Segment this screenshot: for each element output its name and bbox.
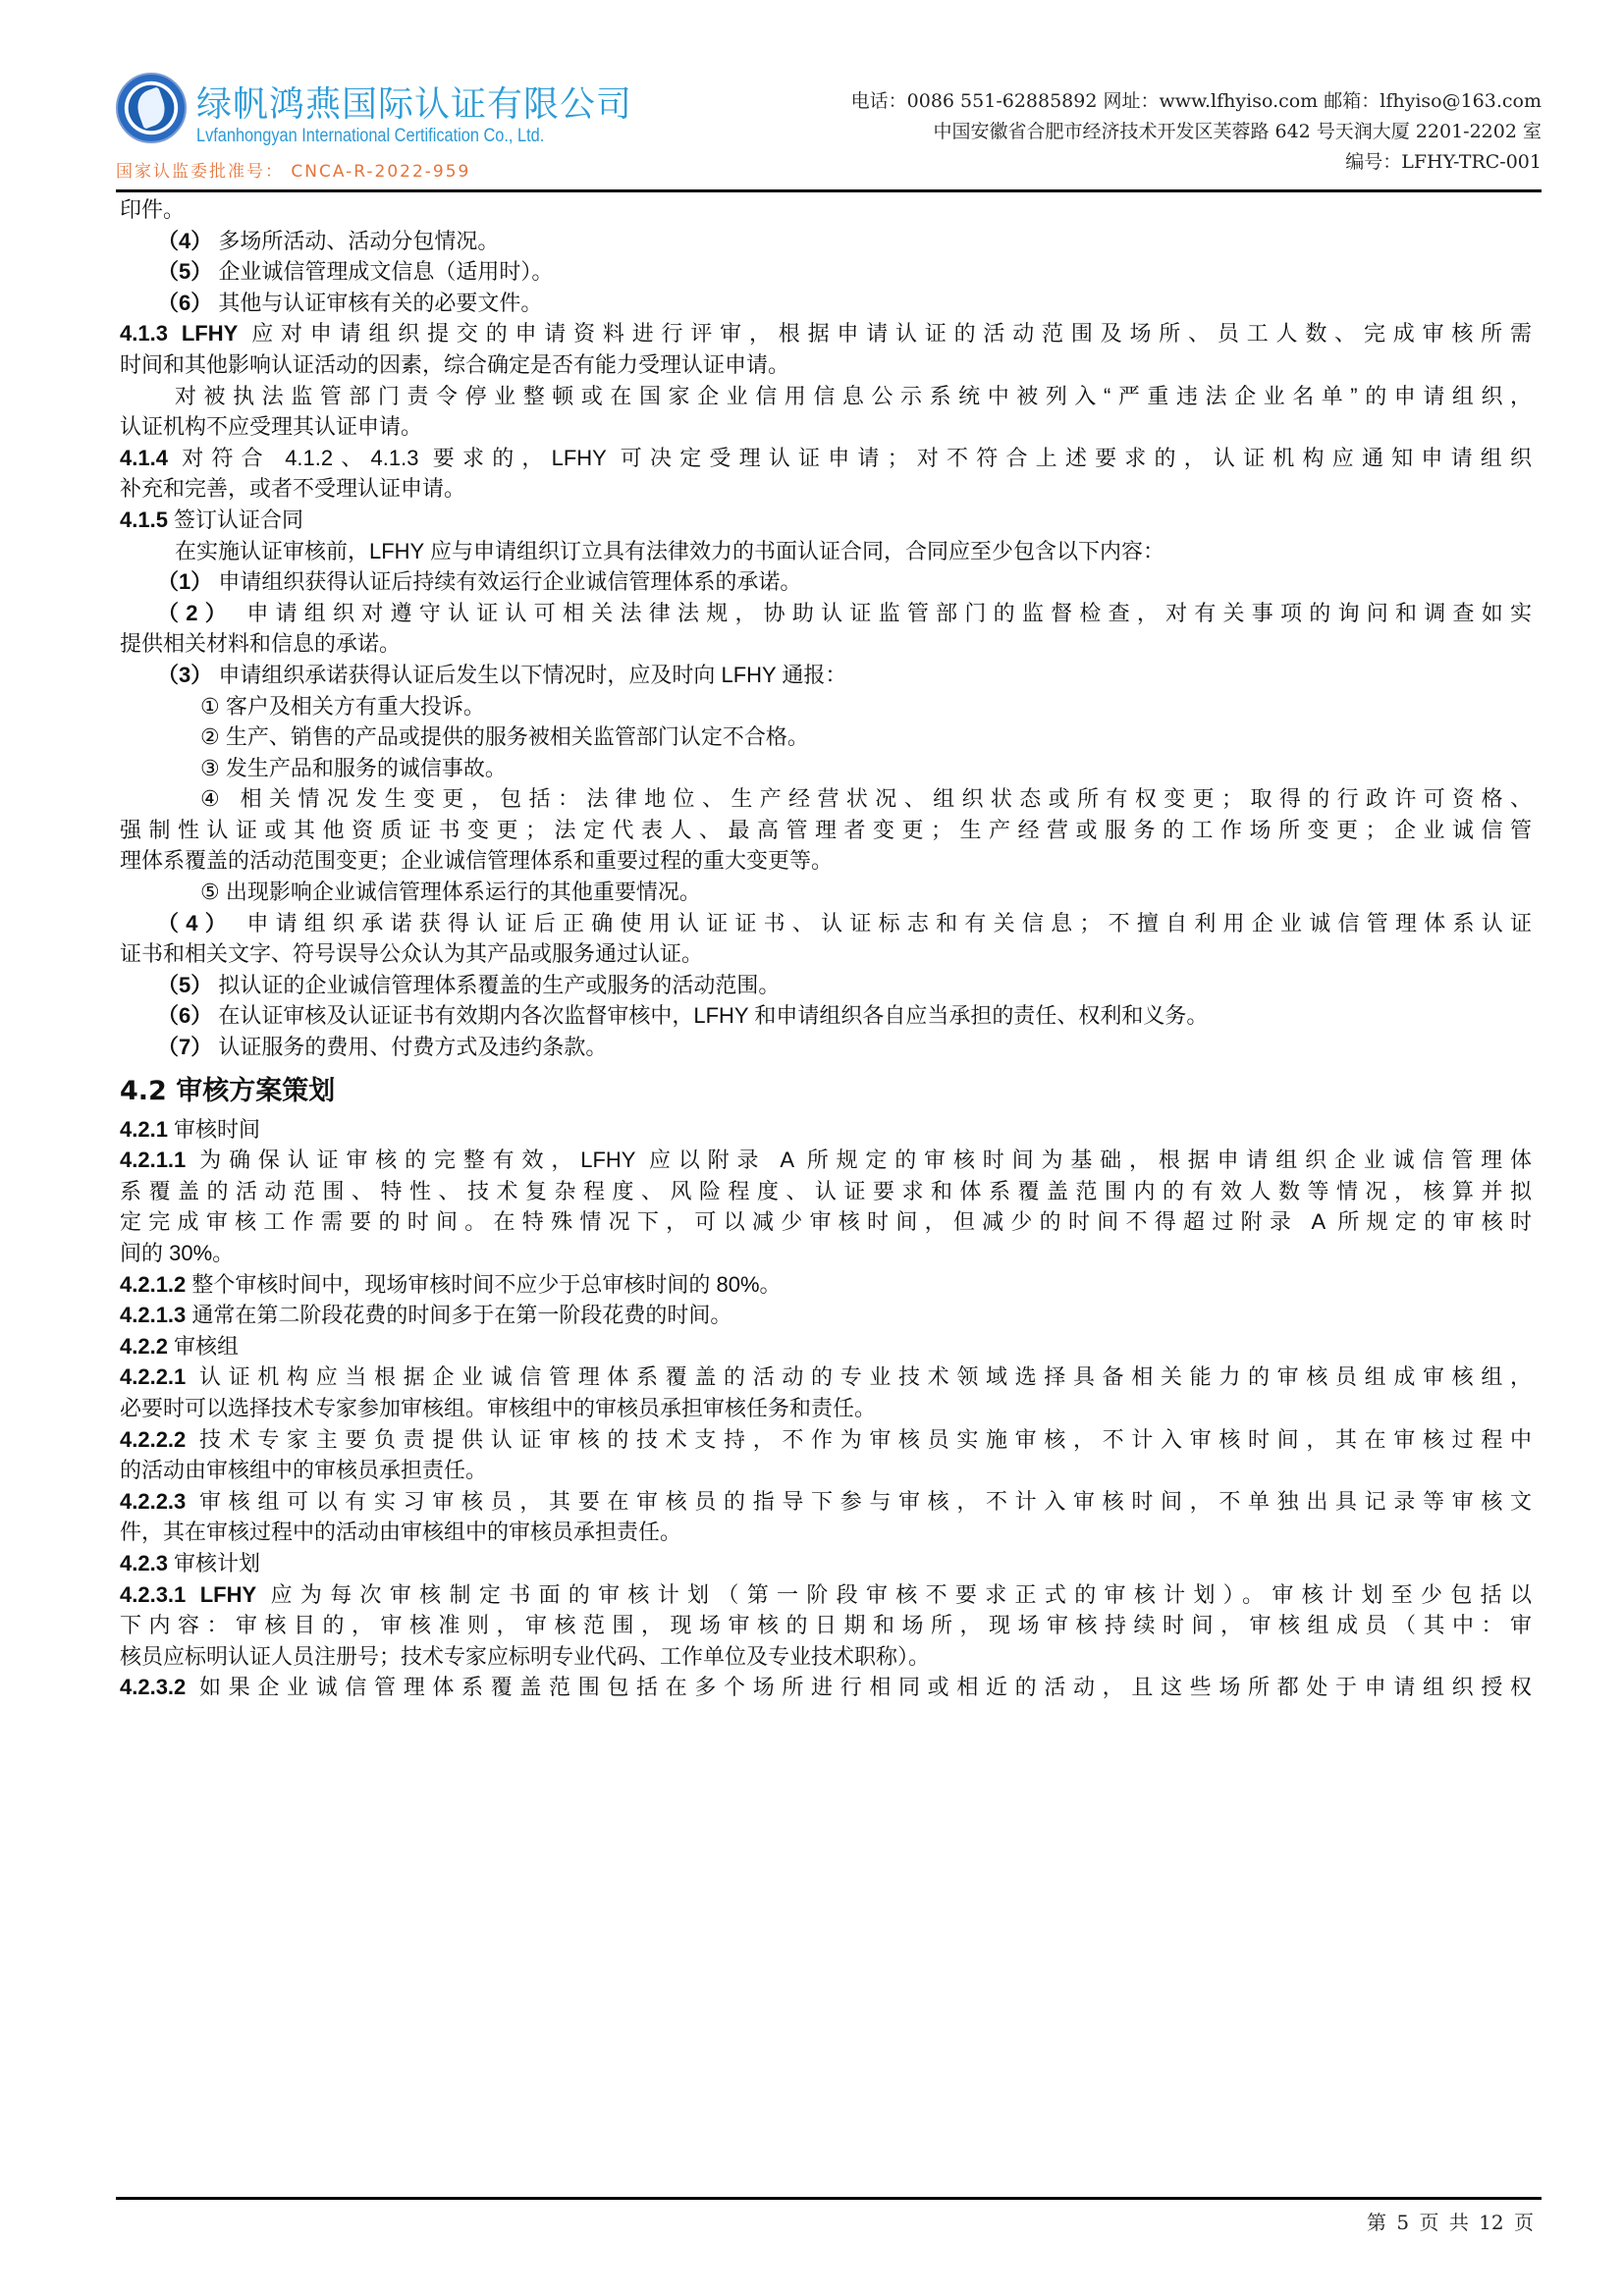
clause-number: 4.2.2.3 — [120, 1489, 186, 1514]
text: 印件。 — [120, 197, 185, 222]
item-number: （6） — [157, 291, 212, 315]
list-item: （1） 申请组织获得认证后持续有效运行企业诚信管理体系的承诺。 — [120, 566, 1532, 598]
item-text: 申请组织承诺获得认证后发生以下情况时，应及时向 LFHY 通报： — [212, 663, 846, 687]
paragraph-line: 认证机构不应受理其认证申请。 — [120, 411, 1532, 443]
clause-text: 应对申请组织提交的申请资料进行评审，根据申请认证的活动范围及场所、员工人数、完成… — [238, 321, 1532, 346]
clause-number: 4.2.3.2 — [120, 1675, 186, 1699]
text: 的活动由审核组中的审核员承担责任。 — [120, 1458, 487, 1482]
company-emblem-icon — [116, 73, 187, 143]
item-number: （4） — [157, 229, 212, 253]
list-item: （3） 申请组织承诺获得认证后发生以下情况时，应及时向 LFHY 通报： — [120, 660, 1532, 691]
paragraph-line: 补充和完善，或者不受理认证申请。 — [120, 473, 1532, 505]
text: 核员应标明认证人员注册号；技术专家应标明专业代码、工作单位及专业技术职称）。 — [120, 1644, 930, 1669]
clause-4-1-3: 4.1.3 LFHY 应对申请组织提交的申请资料进行评审，根据申请认证的活动范围… — [120, 318, 1532, 349]
document-body: 印件。 （4） 多场所活动、活动分包情况。 （5） 企业诚信管理成文信息（适用时… — [120, 194, 1532, 1703]
text: 提供相关材料和信息的承诺。 — [120, 631, 401, 656]
sub-item: ① 客户及相关方有重大投诉。 — [120, 691, 1532, 722]
page-header: 绿帆鸿燕国际认证有限公司 Lvfanhongyan International … — [116, 71, 1542, 190]
clause-text: 认证机构应当根据企业诚信管理体系覆盖的活动的专业技术领域选择具备相关能力的审核员… — [186, 1364, 1532, 1389]
text: 在实施认证审核前，LFHY 应与申请组织订立具有法律效力的书面认证合同，合同应至… — [175, 539, 1164, 563]
item-text: 企业诚信管理成文信息（适用时）。 — [212, 259, 553, 284]
paragraph-line: 理体系覆盖的活动范围变更；企业诚信管理体系和重要过程的重大变更等。 — [120, 845, 1532, 877]
item-text: 在认证审核及认证证书有效期内各次监督审核中，LFHY 和申请组织各自应当承担的责… — [212, 1003, 1208, 1028]
paragraph-line: 系覆盖的活动范围、特性、技术复杂程度、风险程度、认证要求和体系覆盖范围内的有效人… — [120, 1176, 1532, 1207]
clause-4-1-4: 4.1.4 对符合 4.1.2、4.1.3 要求的，LFHY 可决定受理认证申请… — [120, 443, 1532, 474]
item-text: 申请组织获得认证后持续有效运行企业诚信管理体系的承诺。 — [212, 569, 801, 594]
list-item: （5） 企业诚信管理成文信息（适用时）。 — [120, 256, 1532, 288]
clause-4-2-3: 4.2.3 审核计划 — [120, 1548, 1532, 1579]
paragraph-line: 定完成审核工作需要的时间。在特殊情况下，可以减少审核时间，但减少的时间不得超过附… — [120, 1206, 1532, 1238]
text: 认证机构不应受理其认证申请。 — [120, 414, 422, 439]
clause-4-2-2-1: 4.2.2.1 认证机构应当根据企业诚信管理体系覆盖的活动的专业技术领域选择具备… — [120, 1362, 1532, 1393]
list-item: （7） 认证服务的费用、付费方式及违约条款。 — [120, 1032, 1532, 1063]
paragraph-line: 在实施认证审核前，LFHY 应与申请组织订立具有法律效力的书面认证合同，合同应至… — [120, 536, 1532, 567]
paragraph-line: 证书和相关文字、符号误导公众认为其产品或服务通过认证。 — [120, 938, 1532, 970]
address-line: 中国安徽省合肥市经济技术开发区芙蓉路 642 号天润大厦 2201-2202 室 — [851, 117, 1542, 147]
clause-number: 4.2.3.1 LFHY — [120, 1582, 256, 1607]
clause-title: 审核计划 — [168, 1551, 260, 1575]
clause-4-2-1-2: 4.2.1.2 整个审核时间中，现场审核时间不应少于总审核时间的 80%。 — [120, 1269, 1532, 1301]
item-text: 多场所活动、活动分包情况。 — [212, 229, 499, 253]
paragraph-line: 时间和其他影响认证活动的因素，综合确定是否有能力受理认证申请。 — [120, 349, 1532, 381]
clause-text: 整个审核时间中，现场审核时间不应少于总审核时间的 80%。 — [186, 1272, 781, 1297]
clause-text: 技术专家主要负责提供认证审核的技术支持，不作为审核员实施审核，不计入审核时间，其… — [186, 1427, 1532, 1452]
text: 必要时可以选择技术专家参加审核组。审核组中的审核员承担审核任务和责任。 — [120, 1396, 876, 1420]
clause-number: 4.1.5 — [120, 507, 168, 532]
text: 系覆盖的活动范围、特性、技术复杂程度、风险程度、认证要求和体系覆盖范围内的有效人… — [120, 1179, 1532, 1203]
clause-number: 4.2.2.2 — [120, 1427, 186, 1452]
sub-item: ⑤ 出现影响企业诚信管理体系运行的其他重要情况。 — [120, 877, 1532, 908]
text: 对被执法监管部门责令停业整顿或在国家企业信用信息公示系统中被列入“严重违法企业名… — [175, 384, 1532, 408]
clause-title: 审核时间 — [168, 1117, 260, 1142]
paragraph-line: 提供相关材料和信息的承诺。 — [120, 628, 1532, 660]
paragraph-line: 件，其在审核过程中的活动由审核组中的审核员承担责任。 — [120, 1517, 1532, 1548]
section-heading-4-2: 4.2 审核方案策划 — [120, 1069, 1532, 1114]
item-number: （2） — [157, 601, 234, 625]
paragraph-line: 必要时可以选择技术专家参加审核组。审核组中的审核员承担审核任务和责任。 — [120, 1393, 1532, 1424]
section-number: 4.2 — [120, 1076, 167, 1106]
item-number: （6） — [157, 1003, 212, 1028]
section-title: 审核方案策划 — [167, 1076, 335, 1106]
clause-number: 4.1.3 LFHY — [120, 321, 238, 346]
text: ① 客户及相关方有重大投诉。 — [200, 694, 485, 719]
clause-4-2-1-3: 4.2.1.3 通常在第二阶段花费的时间多于在第一阶段花费的时间。 — [120, 1300, 1532, 1331]
paragraph-line: 印件。 — [120, 194, 1532, 226]
clause-number: 4.2.1.3 — [120, 1303, 186, 1327]
company-name-cn: 绿帆鸿燕国际认证有限公司 — [196, 77, 632, 127]
clause-title: 审核组 — [168, 1334, 239, 1359]
item-text: 申请组织承诺获得认证后正确使用认证证书、认证标志和有关信息；不擅自利用企业诚信管… — [234, 911, 1532, 935]
list-item: （6） 其他与认证审核有关的必要文件。 — [120, 288, 1532, 319]
item-text: 认证服务的费用、付费方式及违约条款。 — [212, 1035, 607, 1059]
footer-divider — [116, 2197, 1542, 2200]
paragraph-line: 间的 30%。 — [120, 1238, 1532, 1269]
clause-text: 通常在第二阶段花费的时间多于在第一阶段花费的时间。 — [186, 1303, 731, 1327]
paragraph-line: 对被执法监管部门责令停业整顿或在国家企业信用信息公示系统中被列入“严重违法企业名… — [120, 381, 1532, 412]
contact-line: 电话：0086 551-62885892 网址：www.lfhyiso.com … — [851, 86, 1542, 117]
clause-4-2-1: 4.2.1 审核时间 — [120, 1114, 1532, 1146]
text: ④ 相关情况发生变更，包括：法律地位、生产经营状况、组织状态或所有权变更；取得的… — [200, 786, 1532, 811]
clause-4-1-5: 4.1.5 签订认证合同 — [120, 505, 1532, 536]
clause-number: 4.2.1.2 — [120, 1272, 186, 1297]
item-text: 其他与认证审核有关的必要文件。 — [212, 291, 542, 315]
paragraph-line: 下内容：审核目的，审核准则，审核范围，现场审核的日期和场所，现场审核持续时间，审… — [120, 1610, 1532, 1641]
clause-number: 4.2.2 — [120, 1334, 168, 1359]
page-indicator: 第 5 页 共 12 页 — [1367, 2207, 1534, 2235]
paragraph-line: 的活动由审核组中的审核员承担责任。 — [120, 1455, 1532, 1486]
item-text: 申请组织对遵守认证认可相关法律法规，协助认证监管部门的监督检查，对有关事项的询问… — [234, 601, 1532, 625]
clause-4-2-3-1: 4.2.3.1 LFHY 应为每次审核制定书面的审核计划（第一阶段审核不要求正式… — [120, 1579, 1532, 1611]
clause-4-2-1-1: 4.2.1.1 为确保认证审核的完整有效，LFHY 应以附录 A 所规定的审核时… — [120, 1145, 1532, 1176]
contact-block: 电话：0086 551-62885892 网址：www.lfhyiso.com … — [851, 86, 1542, 178]
text: 时间和其他影响认证活动的因素，综合确定是否有能力受理认证申请。 — [120, 352, 789, 377]
text: 间的 30%。 — [120, 1241, 234, 1265]
company-name-en: Lvfanhongyan International Certification… — [196, 126, 544, 147]
item-number: （5） — [157, 259, 212, 284]
doc-number: 编号：LFHY-TRC-001 — [851, 147, 1542, 178]
clause-text: 应为每次审核制定书面的审核计划（第一阶段审核不要求正式的审核计划）。审核计划至少… — [256, 1582, 1532, 1607]
text: ⑤ 出现影响企业诚信管理体系运行的其他重要情况。 — [200, 880, 701, 904]
clause-number: 4.2.3 — [120, 1551, 168, 1575]
item-number: （1） — [157, 569, 212, 594]
header-divider — [116, 189, 1542, 192]
text: 理体系覆盖的活动范围变更；企业诚信管理体系和重要过程的重大变更等。 — [120, 848, 833, 873]
clause-title: 签订认证合同 — [168, 507, 303, 532]
item-number: （3） — [157, 663, 212, 687]
clause-number: 4.2.2.1 — [120, 1364, 186, 1389]
sub-item: ④ 相关情况发生变更，包括：法律地位、生产经营状况、组织状态或所有权变更；取得的… — [120, 783, 1532, 815]
approval-number: 国家认监委批准号： CNCA-R-2022-959 — [116, 157, 470, 182]
clause-number: 4.2.1.1 — [120, 1148, 186, 1172]
clause-text: 为确保认证审核的完整有效，LFHY 应以附录 A 所规定的审核时间为基础，根据申… — [186, 1148, 1532, 1172]
list-item: （6） 在认证审核及认证证书有效期内各次监督审核中，LFHY 和申请组织各自应当… — [120, 1000, 1532, 1032]
text: 证书和相关文字、符号误导公众认为其产品或服务通过认证。 — [120, 941, 703, 966]
clause-number: 4.1.4 — [120, 446, 168, 470]
text: ③ 发生产品和服务的诚信事故。 — [200, 756, 507, 780]
document-page: 绿帆鸿燕国际认证有限公司 Lvfanhongyan International … — [0, 0, 1624, 2296]
text: 强制性认证或其他资质证书变更；法定代表人、最高管理者变更；生产经营或服务的工作场… — [120, 818, 1532, 842]
item-text: 拟认证的企业诚信管理体系覆盖的生产或服务的活动范围。 — [212, 973, 780, 997]
text: ② 生产、销售的产品或提供的服务被相关监管部门认定不合格。 — [200, 724, 809, 749]
list-item: （4） 多场所活动、活动分包情况。 — [120, 226, 1532, 257]
clause-4-2-2-3: 4.2.2.3 审核组可以有实习审核员，其要在审核员的指导下参与审核，不计入审核… — [120, 1486, 1532, 1518]
paragraph-line: 强制性认证或其他资质证书变更；法定代表人、最高管理者变更；生产经营或服务的工作场… — [120, 815, 1532, 846]
clause-4-2-3-2: 4.2.3.2 如果企业诚信管理体系覆盖范围包括在多个场所进行相同或相近的活动，… — [120, 1672, 1532, 1703]
item-number: （7） — [157, 1035, 212, 1059]
clause-4-2-2: 4.2.2 审核组 — [120, 1331, 1532, 1362]
list-item: （2） 申请组织对遵守认证认可相关法律法规，协助认证监管部门的监督检查，对有关事… — [120, 598, 1532, 629]
item-number: （4） — [157, 911, 234, 935]
sub-item: ② 生产、销售的产品或提供的服务被相关监管部门认定不合格。 — [120, 721, 1532, 753]
clause-text: 如果企业诚信管理体系覆盖范围包括在多个场所进行相同或相近的活动，且这些场所都处于… — [186, 1675, 1532, 1699]
clause-4-2-2-2: 4.2.2.2 技术专家主要负责提供认证审核的技术支持，不作为审核员实施审核，不… — [120, 1424, 1532, 1456]
item-number: （5） — [157, 973, 212, 997]
clause-text: 对符合 4.1.2、4.1.3 要求的，LFHY 可决定受理认证申请；对不符合上… — [168, 446, 1532, 470]
list-item: （4） 申请组织承诺获得认证后正确使用认证证书、认证标志和有关信息；不擅自利用企… — [120, 908, 1532, 939]
sub-item: ③ 发生产品和服务的诚信事故。 — [120, 753, 1532, 784]
clause-number: 4.2.1 — [120, 1117, 168, 1142]
text: 件，其在审核过程中的活动由审核组中的审核员承担责任。 — [120, 1520, 681, 1544]
text: 定完成审核工作需要的时间。在特殊情况下，可以减少审核时间，但减少的时间不得超过附… — [120, 1209, 1532, 1234]
list-item: （5） 拟认证的企业诚信管理体系覆盖的生产或服务的活动范围。 — [120, 970, 1532, 1001]
clause-text: 审核组可以有实习审核员，其要在审核员的指导下参与审核，不计入审核时间，不单独出具… — [186, 1489, 1532, 1514]
text: 下内容：审核目的，审核准则，审核范围，现场审核的日期和场所，现场审核持续时间，审… — [120, 1613, 1532, 1637]
text: 补充和完善，或者不受理认证申请。 — [120, 476, 465, 501]
paragraph-line: 核员应标明认证人员注册号；技术专家应标明专业代码、工作单位及专业技术职称）。 — [120, 1641, 1532, 1673]
